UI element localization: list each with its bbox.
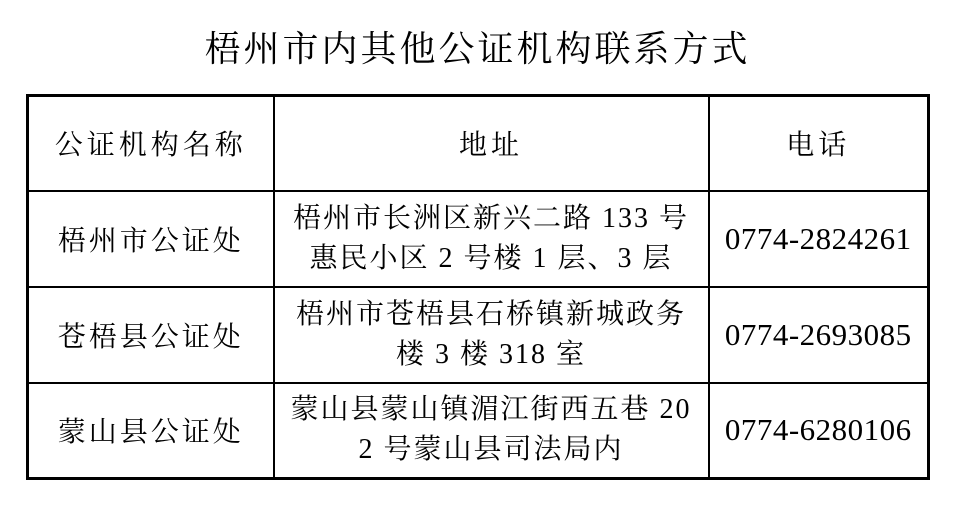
address-line: 2 号蒙山县司法局内 [275,430,708,470]
header-cell-institution-name: 公证机构名称 [28,96,274,191]
page-title: 梧州市内其他公证机构联系方式 [0,21,955,72]
address-line: 蒙山县蒙山镇湄江街西五巷 20 [275,390,708,430]
table-row: 梧州市公证处 梧州市长洲区新兴二路 133 号 惠民小区 2 号楼 1 层、3 … [28,191,929,287]
notary-contacts-table: 公证机构名称 地址 电话 梧州市公证处 梧州市长洲区新兴二路 133 号 惠民小… [26,94,930,480]
address-cell: 梧州市苍梧县石桥镇新城政务 楼 3 楼 318 室 [274,287,709,383]
address-cell: 梧州市长洲区新兴二路 133 号 惠民小区 2 号楼 1 层、3 层 [274,191,709,287]
address-line: 楼 3 楼 318 室 [275,335,708,375]
table-row: 苍梧县公证处 梧州市苍梧县石桥镇新城政务 楼 3 楼 318 室 0774-26… [28,287,929,383]
institution-name-cell: 蒙山县公证处 [28,383,274,479]
address-line: 梧州市长洲区新兴二路 133 号 [275,199,708,239]
institution-name-cell: 苍梧县公证处 [28,287,274,383]
table-row: 蒙山县公证处 蒙山县蒙山镇湄江街西五巷 20 2 号蒙山县司法局内 0774-6… [28,383,929,479]
address-cell: 蒙山县蒙山镇湄江街西五巷 20 2 号蒙山县司法局内 [274,383,709,479]
phone-cell: 0774-2824261 [709,191,929,287]
institution-name-cell: 梧州市公证处 [28,191,274,287]
address-line: 惠民小区 2 号楼 1 层、3 层 [275,239,708,279]
header-cell-address: 地址 [274,96,709,191]
header-cell-phone: 电话 [709,96,929,191]
table-header-row: 公证机构名称 地址 电话 [28,96,929,191]
phone-cell: 0774-2693085 [709,287,929,383]
phone-cell: 0774-6280106 [709,383,929,479]
address-line: 梧州市苍梧县石桥镇新城政务 [275,295,708,335]
